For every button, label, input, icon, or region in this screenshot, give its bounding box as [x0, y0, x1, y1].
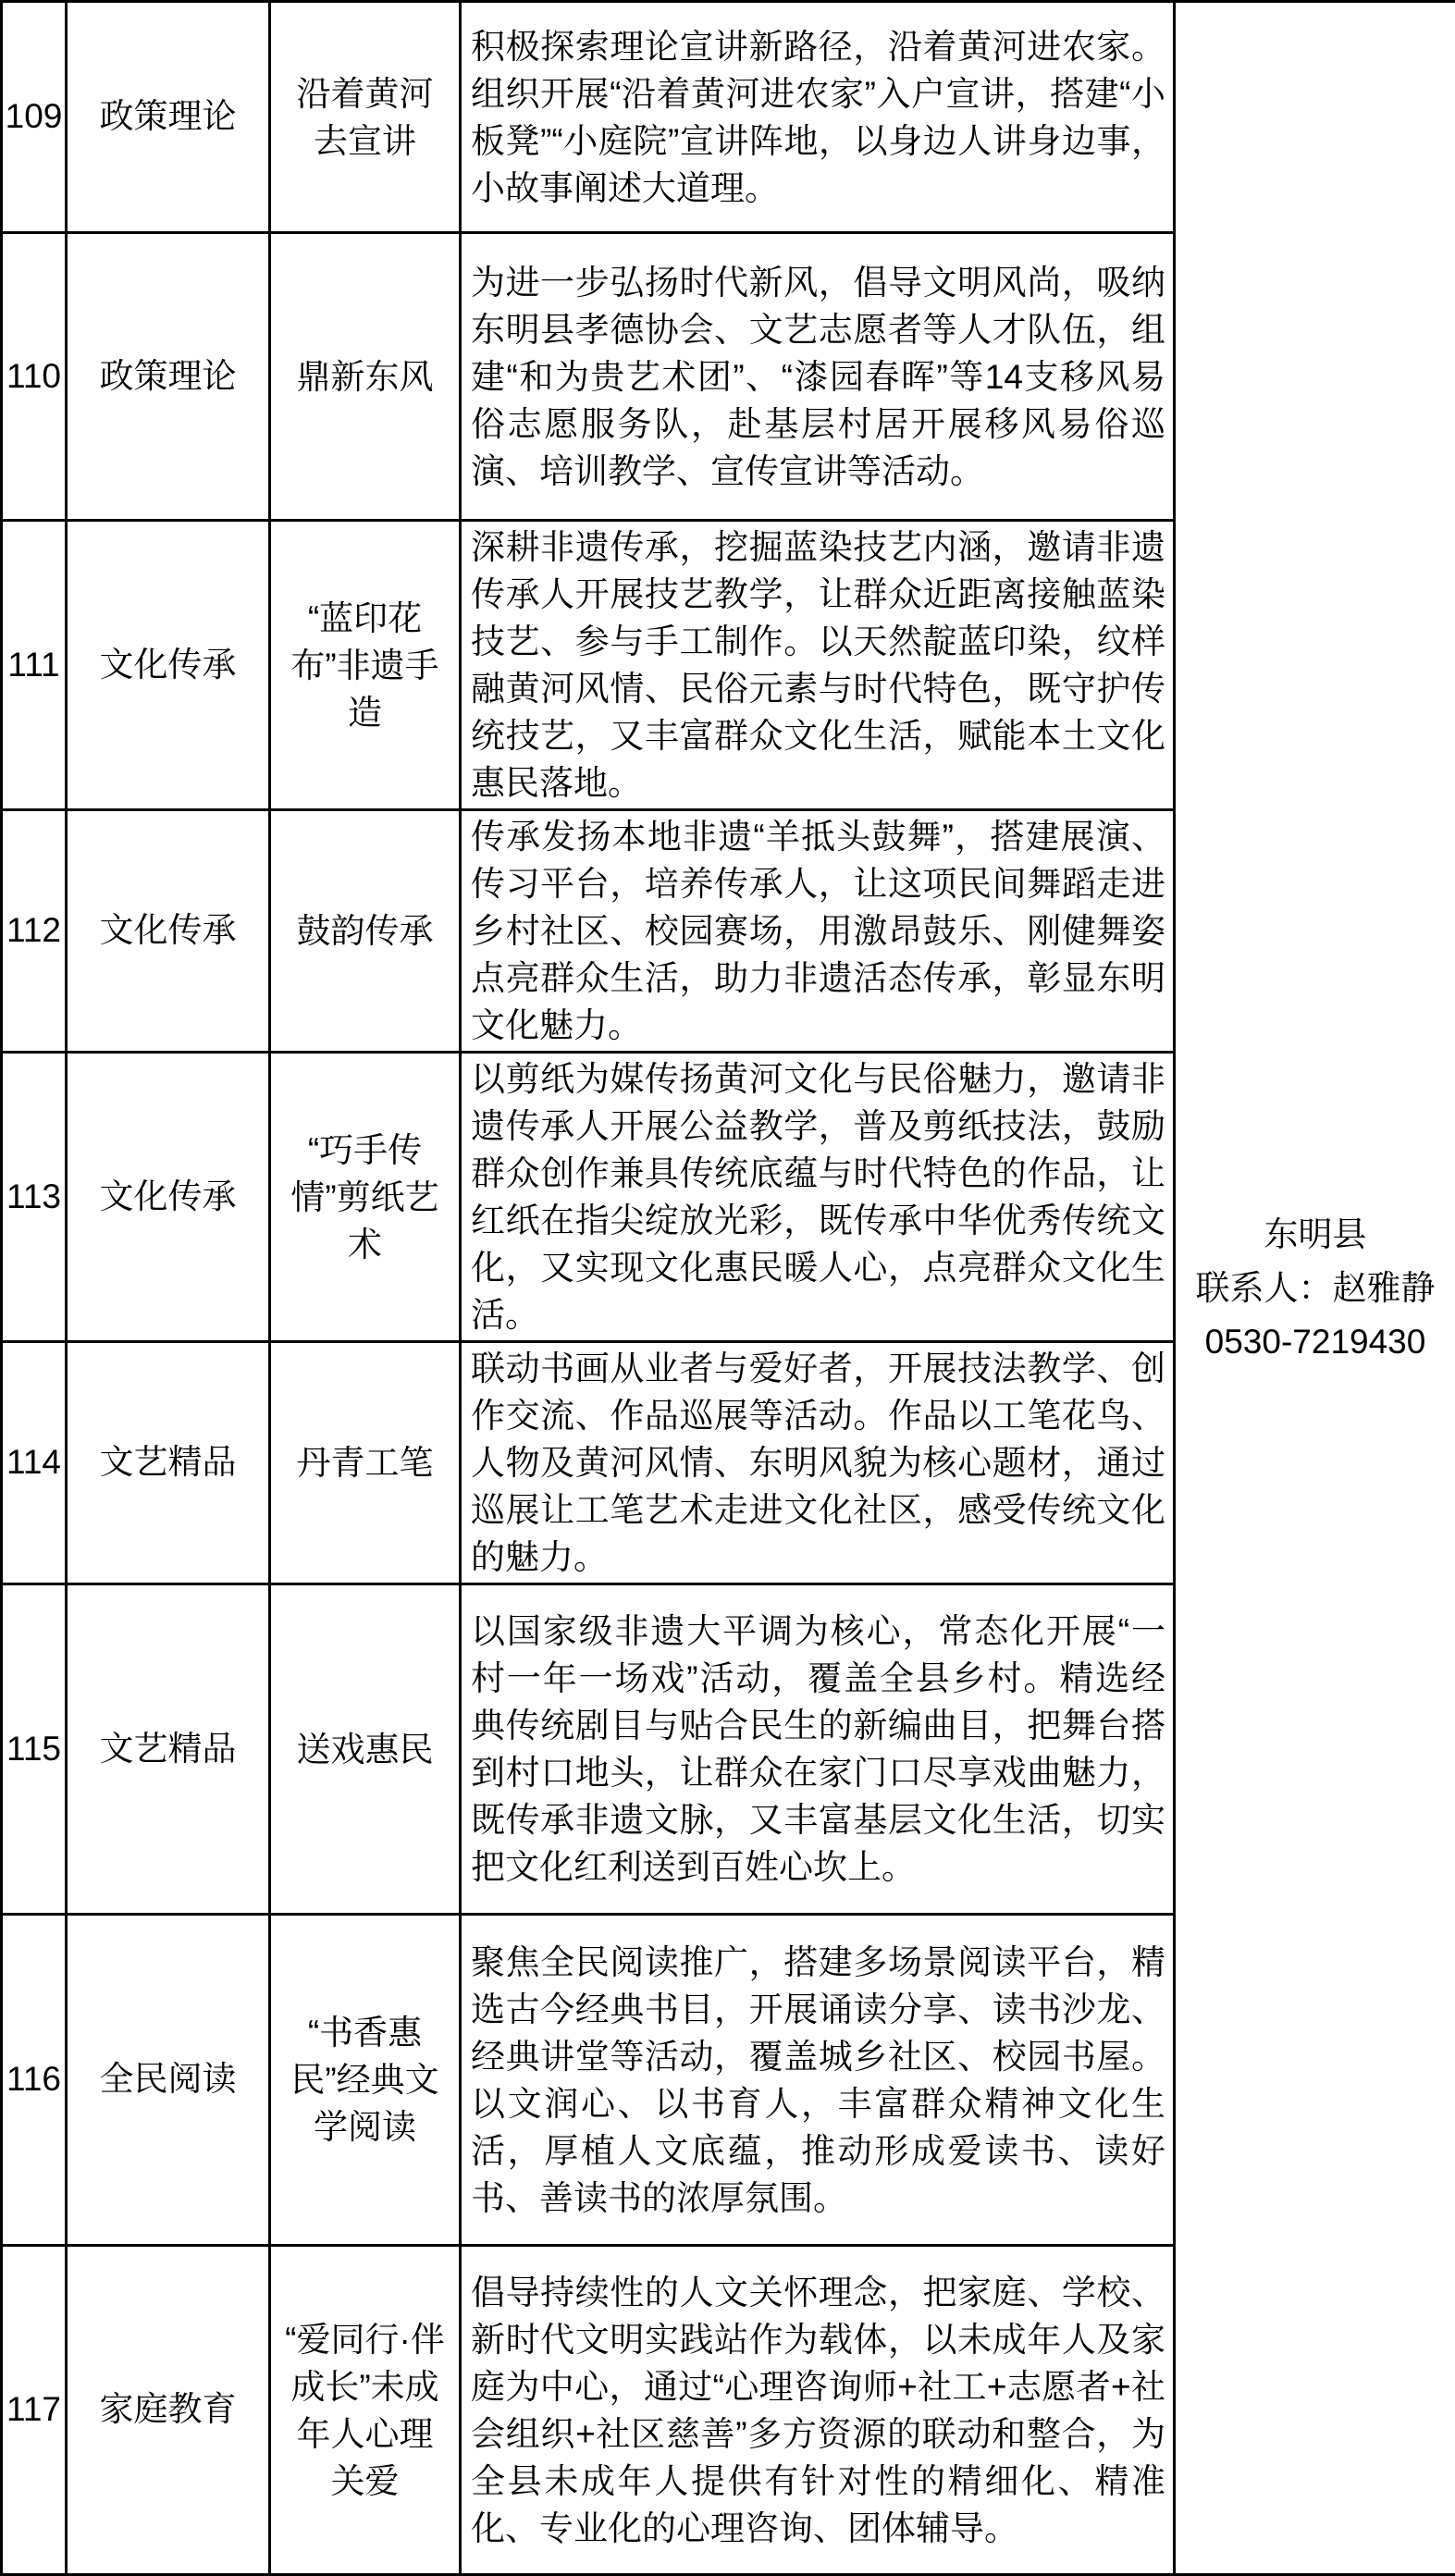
contact-phone: 0530-7219430: [1183, 1315, 1448, 1369]
category-cell: 全民阅读: [67, 1915, 270, 2246]
category-cell: 文化传承: [67, 810, 270, 1053]
description-cell: 为进一步弘扬时代新风，倡导文明风尚，吸纳东明县孝德协会、文艺志愿者等人才队伍，组…: [461, 233, 1175, 521]
project-name-cell: 送戏惠民: [270, 1584, 461, 1915]
row-number: 112: [2, 810, 67, 1053]
description-cell: 深耕非遗传承，挖掘蓝染技艺内涵，邀请非遗传承人开展技艺教学，让群众近距离接触蓝染…: [461, 521, 1175, 810]
contact-cell: 东明县 联系人：赵雅静 0530-7219430: [1175, 2, 1455, 2575]
row-number: 115: [2, 1584, 67, 1915]
project-name-cell: 丹青工笔: [270, 1342, 461, 1584]
category-cell: 文化传承: [67, 521, 270, 810]
description-cell: 积极探索理论宣讲新路径，沿着黄河进农家。组织开展“沿着黄河进农家”入户宣讲，搭建…: [461, 2, 1175, 233]
description-cell: 聚焦全民阅读推广，搭建多场景阅读平台，精选古今经典书目，开展诵读分享、读书沙龙、…: [461, 1915, 1175, 2246]
description-cell: 联动书画从业者与爱好者，开展技法教学、创作交流、作品巡展等活动。作品以工笔花鸟、…: [461, 1342, 1175, 1584]
contact-county: 东明县: [1183, 1208, 1448, 1262]
table-row: 109 政策理论 沿着黄河去宣讲 积极探索理论宣讲新路径，沿着黄河进农家。组织开…: [2, 2, 1455, 233]
description-cell: 倡导持续性的人文关怀理念，把家庭、学校、新时代文明实践站作为载体，以未成年人及家…: [461, 2246, 1175, 2575]
project-name-cell: “书香惠民”经典文学阅读: [270, 1915, 461, 2246]
row-number: 110: [2, 233, 67, 521]
row-number: 116: [2, 1915, 67, 2246]
category-cell: 文艺精品: [67, 1342, 270, 1584]
row-number: 113: [2, 1053, 67, 1342]
category-cell: 家庭教育: [67, 2246, 270, 2575]
description-cell: 传承发扬本地非遗“羊抵头鼓舞”，搭建展演、传习平台，培养传承人，让这项民间舞蹈走…: [461, 810, 1175, 1053]
contact-person: 联系人：赵雅静: [1183, 1262, 1448, 1315]
project-name-cell: 沿着黄河去宣讲: [270, 2, 461, 233]
row-number: 117: [2, 2246, 67, 2575]
category-cell: 文化传承: [67, 1053, 270, 1342]
category-cell: 政策理论: [67, 2, 270, 233]
project-name-cell: “爱同行·伴成长”未成年人心理关爱: [270, 2246, 461, 2575]
project-name-cell: 鼎新东风: [270, 233, 461, 521]
row-number: 114: [2, 1342, 67, 1584]
row-number: 111: [2, 521, 67, 810]
service-projects-table: 109 政策理论 沿着黄河去宣讲 积极探索理论宣讲新路径，沿着黄河进农家。组织开…: [0, 0, 1455, 2576]
row-number: 109: [2, 2, 67, 233]
category-cell: 文艺精品: [67, 1584, 270, 1915]
category-cell: 政策理论: [67, 233, 270, 521]
project-name-cell: “蓝印花布”非遗手造: [270, 521, 461, 810]
description-cell: 以国家级非遗大平调为核心，常态化开展“一村一年一场戏”活动，覆盖全县乡村。精选经…: [461, 1584, 1175, 1915]
description-cell: 以剪纸为媒传扬黄河文化与民俗魅力，邀请非遗传承人开展公益教学，普及剪纸技法，鼓励…: [461, 1053, 1175, 1342]
project-name-cell: “巧手传情”剪纸艺术: [270, 1053, 461, 1342]
project-name-cell: 鼓韵传承: [270, 810, 461, 1053]
